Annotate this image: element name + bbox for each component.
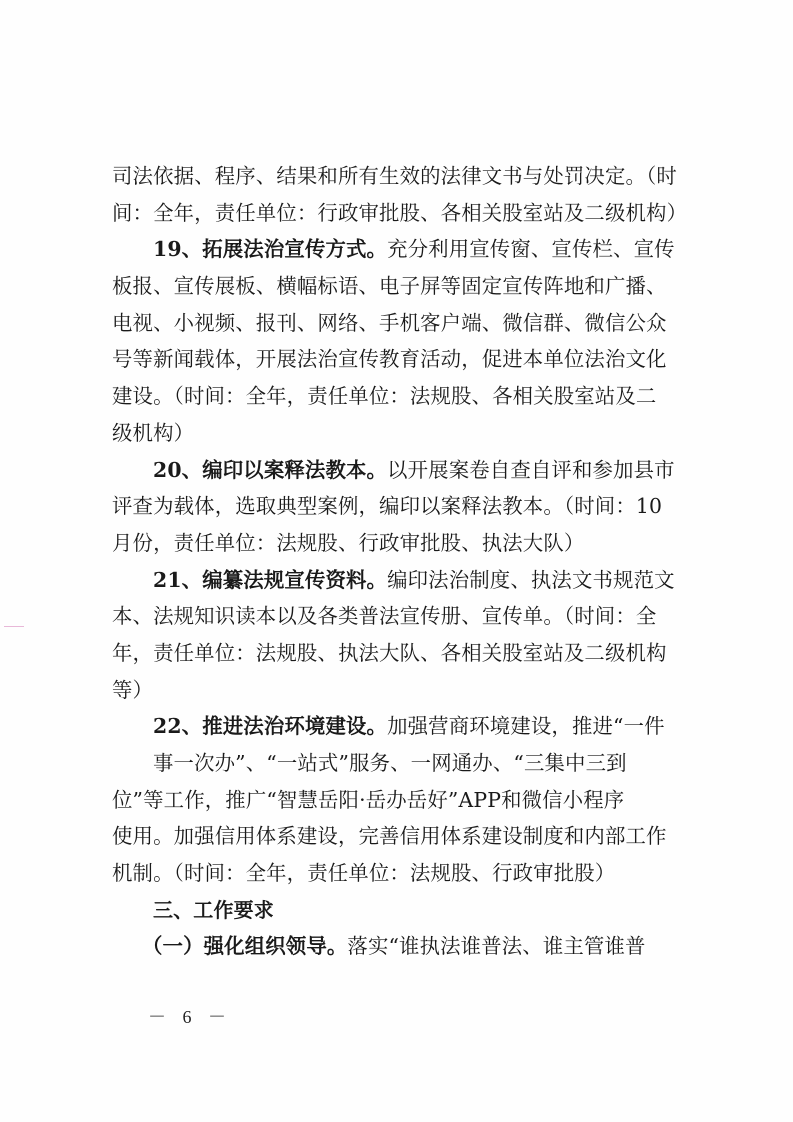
item-20-title: 20、编印以案释法教本。 — [153, 452, 387, 489]
text-line: 间：全年，责任单位：行政审批股、各相关股室站及二级机构） — [112, 195, 688, 232]
text-line: 号等新闻载体，开展法治宣传教育活动，促进本单位法治文化 — [112, 341, 688, 378]
text-line: 级机构） — [112, 415, 688, 452]
item-22-title: 22、推进法治环境建设。 — [153, 708, 387, 745]
item-21-title: 21、编纂法规宣传资料。 — [153, 562, 387, 599]
item-21-first-line: 21、编纂法规宣传资料。编印法治制度、执法文书规范文 — [112, 562, 688, 599]
text-line: 位”等工作，推广“智慧岳阳·岳办岳好”APP和微信小程序 — [112, 782, 688, 819]
section-heading-work-requirements: 三、工作要求 — [112, 892, 688, 929]
page-number: － 6 － — [148, 1003, 232, 1029]
text-line: 本、法规知识读本以及各类普法宣传册、宣传单。（时间：全 — [112, 598, 688, 635]
text-line: 年，责任单位：法规股、执法大队、各相关股室站及二级机构 — [112, 635, 688, 672]
scan-edge-mark — [4, 626, 24, 627]
text-line: 使用。加强信用体系建设，完善信用体系建设制度和内部工作 — [112, 818, 688, 855]
subsection-1-first-line: （一）强化组织领导。落实“谁执法谁普法、谁主管谁普 — [112, 928, 688, 965]
text-line: 板报、宣传展板、横幅标语、电子屏等固定宣传阵地和广播、 — [112, 268, 688, 305]
text-line: 司法依据、程序、结果和所有生效的法律文书与处罚决定。（时 — [112, 158, 688, 195]
item-20-first-line: 20、编印以案释法教本。以开展案卷自查自评和参加县市 — [112, 452, 688, 489]
text-line: 建设。（时间：全年，责任单位：法规股、各相关股室站及二 — [112, 378, 688, 415]
item-22-first-line: 22、推进法治环境建设。加强营商环境建设，推进“一件 — [112, 708, 688, 745]
text-line: 月份，责任单位：法规股、行政审批股、执法大队） — [112, 525, 688, 562]
text-line: 评查为载体，选取典型案例，编印以案释法教本。（时间：10 — [112, 488, 688, 525]
text-line: 机制。（时间：全年，责任单位：法规股、行政审批股） — [112, 855, 688, 892]
text-line: 事一次办”、“一站式”服务、一网通办、“三集中三到 — [112, 745, 688, 782]
subsection-1-title: （一）强化组织领导。 — [142, 928, 347, 965]
text-line: 等） — [112, 672, 688, 709]
item-19-first-line: 19、拓展法治宣传方式。充分利用宣传窗、宣传栏、宣传 — [112, 231, 688, 268]
text-line: 电视、小视频、报刊、网络、手机客户端、微信群、微信公众 — [112, 305, 688, 342]
document-body: 司法依据、程序、结果和所有生效的法律文书与处罚决定。（时 间：全年，责任单位：行… — [112, 158, 688, 965]
document-page: 司法依据、程序、结果和所有生效的法律文书与处罚决定。（时 间：全年，责任单位：行… — [0, 0, 793, 1122]
item-19-title: 19、拓展法治宣传方式。 — [153, 231, 387, 268]
